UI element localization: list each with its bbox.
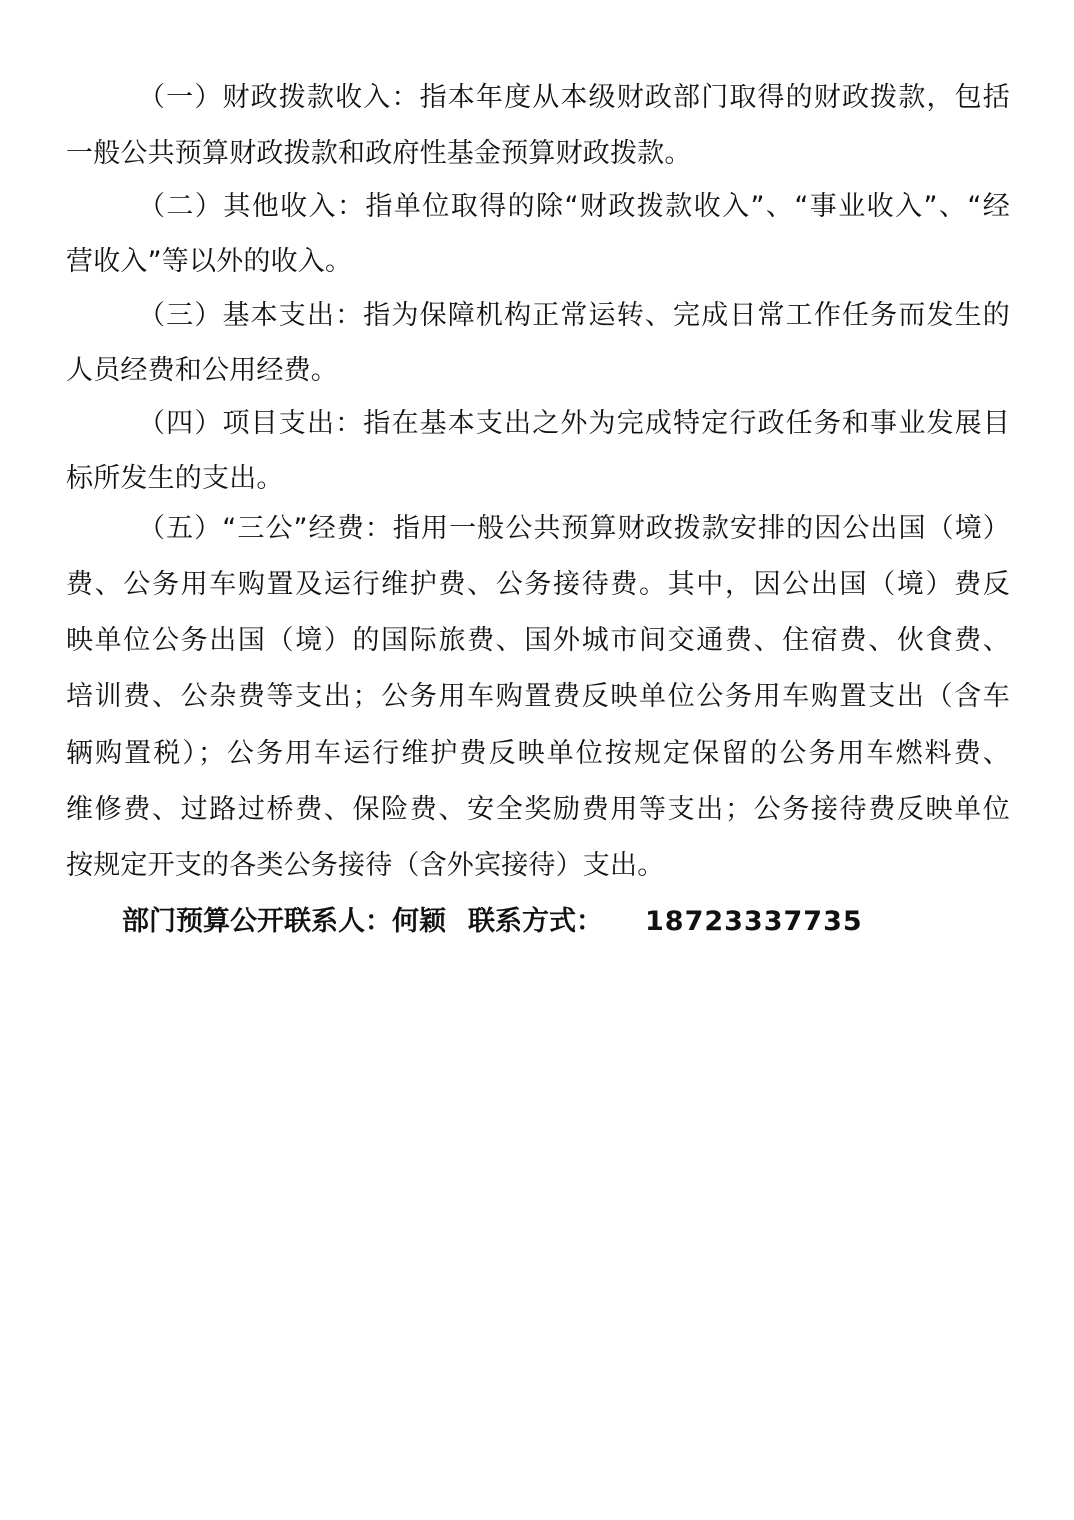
paragraph-three-public-line-6: 维修费、过路过桥费、保险费、安全奖励费用等支出；公务接待费反映单位 (66, 792, 1010, 828)
contact-label: 部门预算公开联系人： (122, 906, 392, 937)
paragraph-three-public-line-3: 映单位公务出国（境）的国际旅费、国外城市间交通费、住宿费、伙食费、 (66, 623, 1010, 659)
document-page: （一）财政拨款收入：指本年度从本级财政部门取得的财政拨款，包括 一般公共预算财政… (0, 0, 1074, 1520)
contact-phone: 18723337735 (645, 906, 863, 937)
contact-name: 何颖 (392, 906, 446, 937)
contact-method-label: 联系方式： (468, 906, 603, 937)
paragraph-three-public-line-5: 辆购置税）；公务用车运行维护费反映单位按规定保留的公务用车燃料费、 (66, 736, 1010, 772)
paragraph-three-public-line-1: （五）“三公”经费：指用一般公共预算财政拨款安排的因公出国（境） (138, 511, 1010, 547)
paragraph-three-public-line-2: 费、公务用车购置及运行维护费、公务接待费。其中，因公出国（境）费反 (66, 567, 1010, 603)
paragraph-other-income-line-2: 营收入”等以外的收入。 (66, 244, 1010, 280)
paragraph-fiscal-income-line-1: （一）财政拨款收入：指本年度从本级财政部门取得的财政拨款，包括 (138, 80, 1010, 116)
contact-info: 部门预算公开联系人：何颖联系方式：18723337735 (122, 903, 863, 941)
paragraph-three-public-line-7: 按规定开支的各类公务接待（含外宾接待）支出。 (66, 848, 1010, 884)
paragraph-basic-expenditure-line-2: 人员经费和公用经费。 (66, 353, 1010, 389)
paragraph-fiscal-income-line-2: 一般公共预算财政拨款和政府性基金预算财政拨款。 (66, 136, 1010, 172)
paragraph-project-expenditure-line-2: 标所发生的支出。 (66, 461, 1010, 497)
paragraph-basic-expenditure-line-1: （三）基本支出：指为保障机构正常运转、完成日常工作任务而发生的 (138, 298, 1010, 334)
paragraph-other-income-line-1: （二）其他收入：指单位取得的除“财政拨款收入”、“事业收入”、“经 (138, 189, 1010, 225)
paragraph-three-public-line-4: 培训费、公杂费等支出；公务用车购置费反映单位公务用车购置支出（含车 (66, 679, 1010, 715)
paragraph-project-expenditure-line-1: （四）项目支出：指在基本支出之外为完成特定行政任务和事业发展目 (138, 406, 1010, 442)
